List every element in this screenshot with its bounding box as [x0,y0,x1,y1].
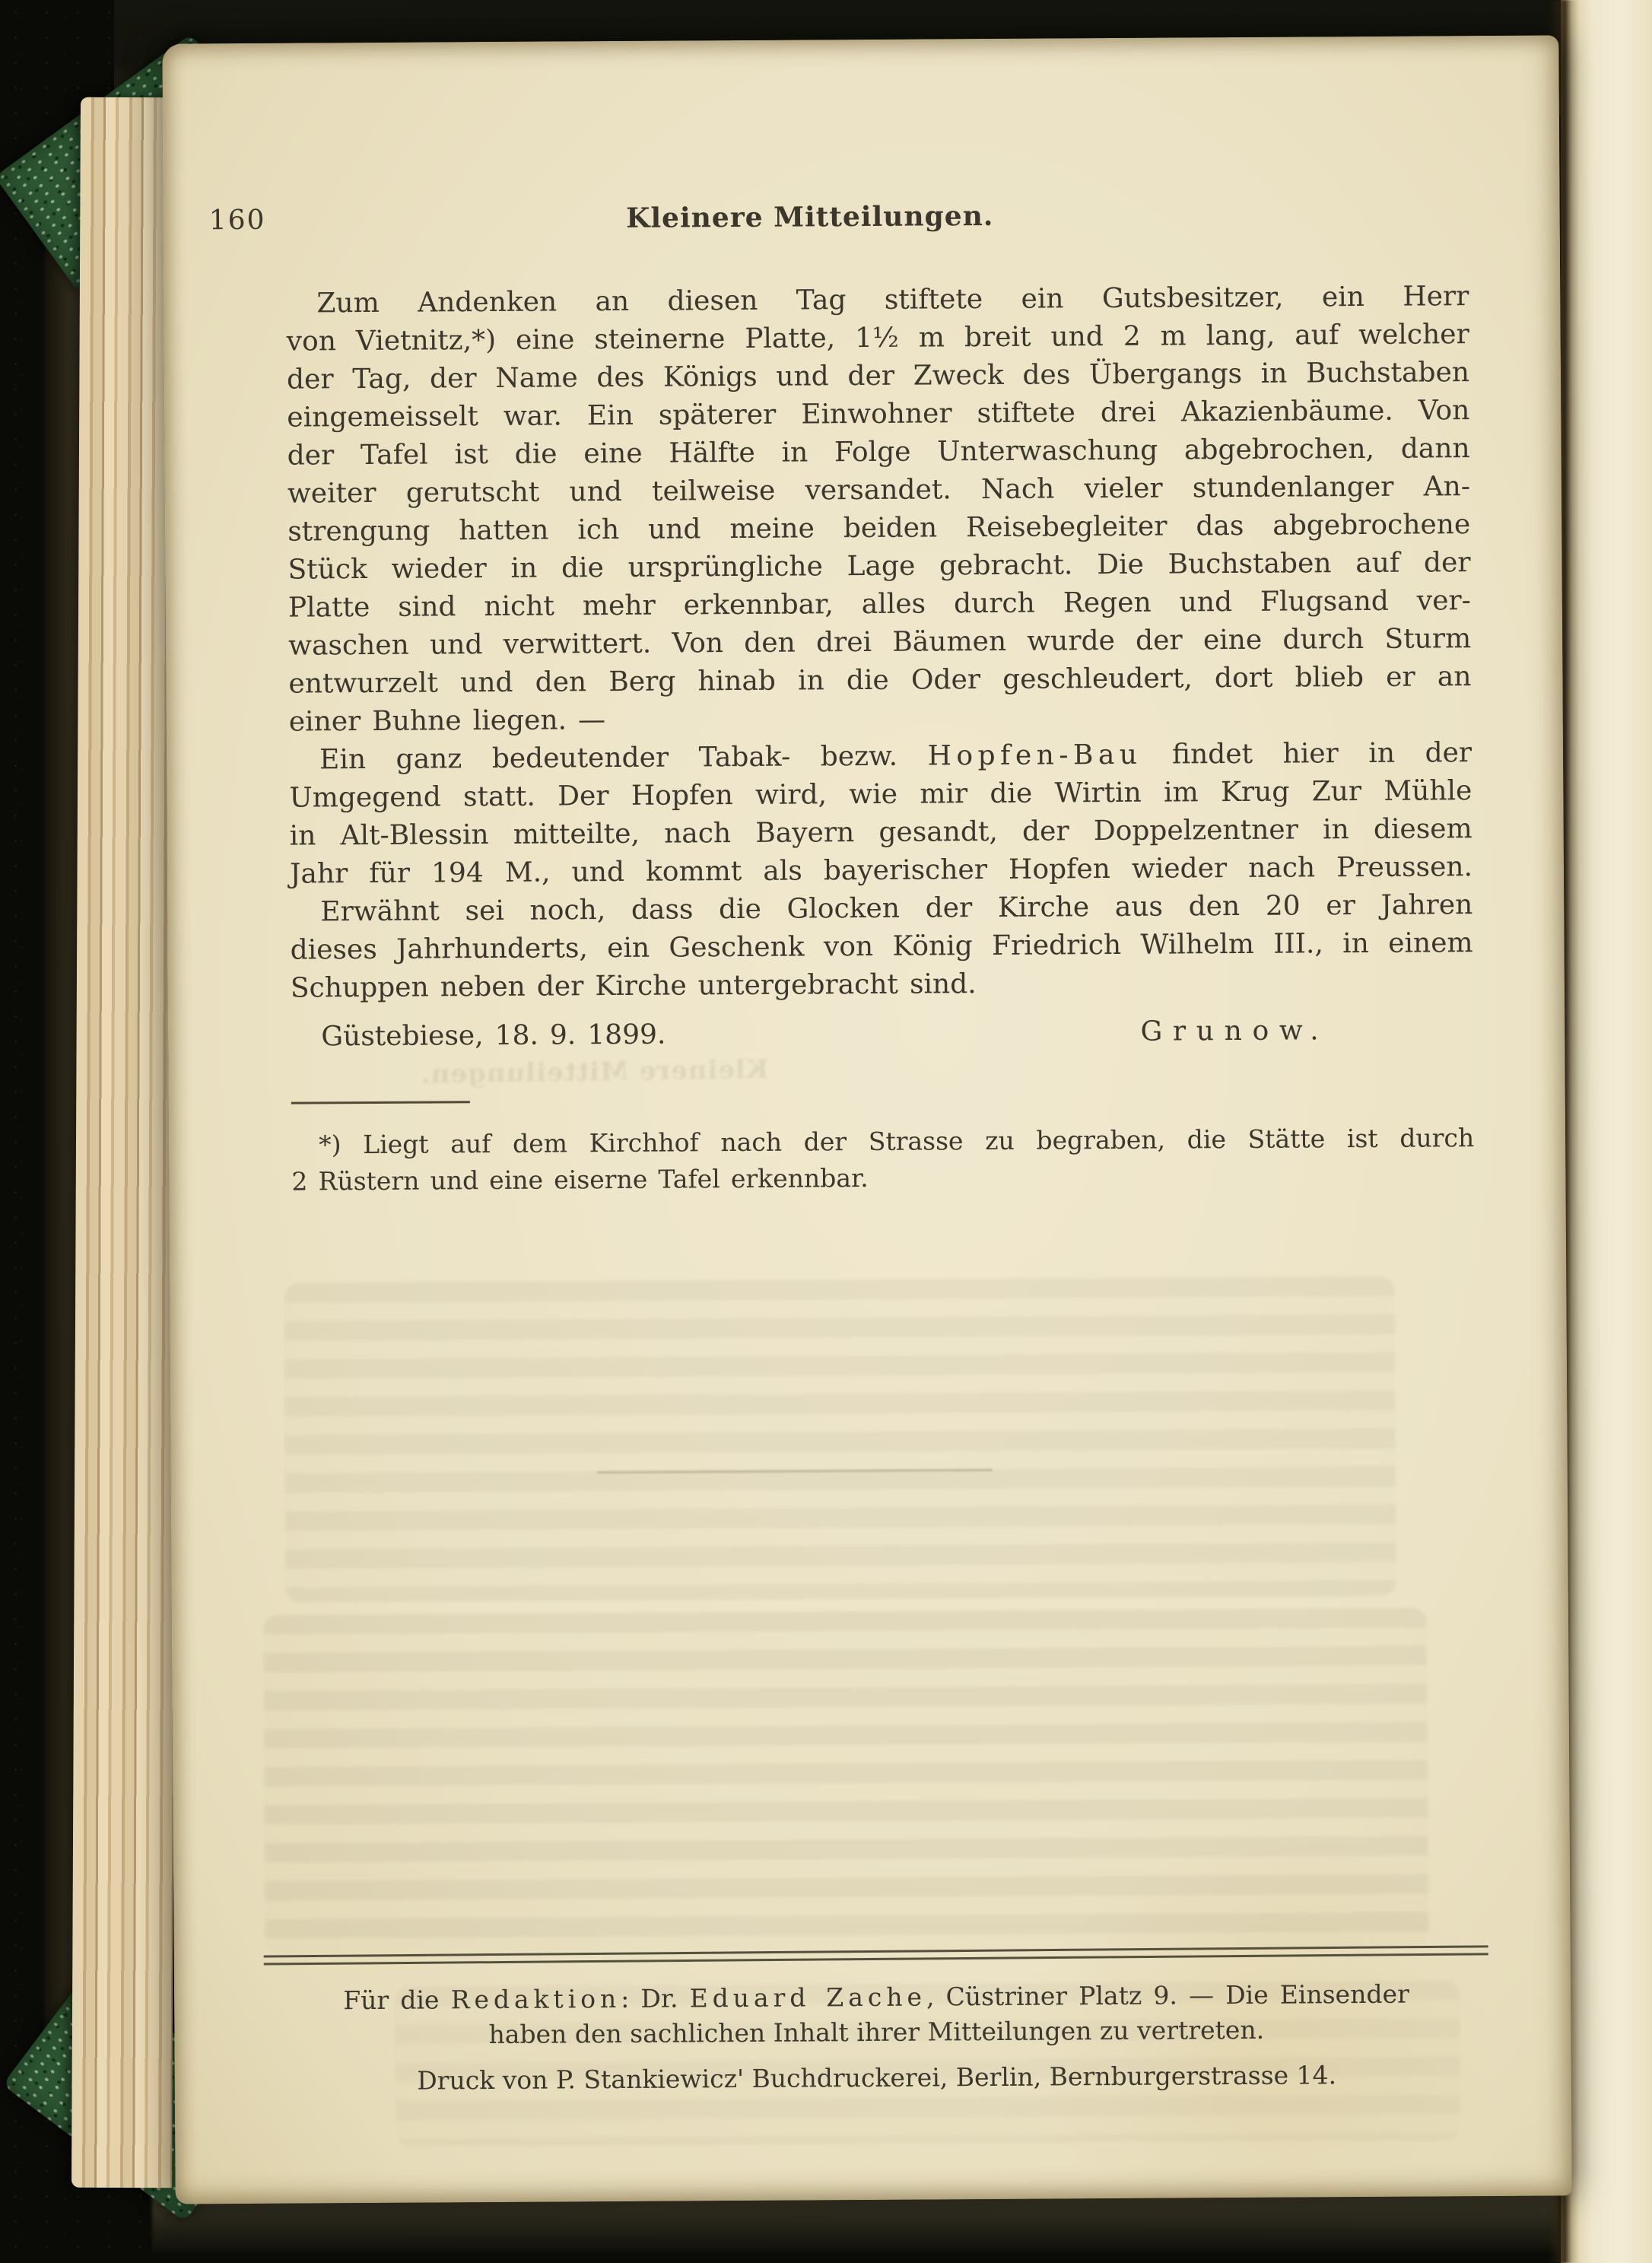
text-line: dieses Jahrhunderts, ein Geschenk von Kö… [290,924,1473,969]
dateline-signature: Grunow. [1140,1012,1329,1051]
dateline-place-date: Güstebiese, 18. 9. 1899. [291,1016,666,1057]
text-segment: Stück wieder in die ursprüngliche Lage g… [288,547,1470,585]
text-segment: Erwähnt sei noch, dass die Glocken der K… [320,889,1473,927]
text-segment: , Cüstriner Platz 9. — Die Einsender [926,1979,1409,2012]
imprint-editor-line: Für die Redaktion: Dr. Eduard Zache, Cüs… [264,1976,1488,2019]
footnote: *) Liegt auf dem Kirchhof nach der Stras… [291,1120,1475,1200]
text-segment: weiter gerutscht und teilweise versandet… [288,471,1470,509]
bleedthrough-rule [597,1469,993,1473]
text-segment: waschen und verwittert. Von den drei Bäu… [288,623,1471,661]
text-segment: strengung hatten ich und meine beiden Re… [288,509,1470,547]
text-line: *) Liegt auf dem Kirchhof nach der Stras… [291,1120,1474,1163]
text-segment: Redaktion [451,1984,621,2014]
imprint: Für die Redaktion: Dr. Eduard Zache, Cüs… [264,1947,1489,2099]
text-segment: entwurzelt und den Berg hinab in die Ode… [288,661,1471,699]
text-segment: eingemeisselt war. Ein späterer Einwohne… [287,395,1469,433]
text-segment: Jahr für 194 M., und kommt als bayerisch… [290,851,1473,889]
text-segment: Zum Andenken an diesen Tag stiftete ein … [316,281,1469,319]
text-segment: der Tag, der Name des Königs und der Zwe… [287,357,1469,395]
imprint-double-rule [264,1945,1488,1965]
text-line: 2 Rüstern und eine eiserne Tafel erkennb… [291,1156,1474,1200]
text-segment: *) Liegt auf dem Kirchhof nach der Stras… [319,1123,1474,1159]
text-line: Schuppen neben der Kirche untergebracht … [291,962,1473,1007]
dateline: Güstebiese, 18. 9. 1899. Grunow. [291,1011,1473,1056]
footnote-separator-rule [291,1101,470,1104]
imprint-responsibility-line: haben den sachlichen Inhalt ihrer Mittei… [264,2011,1488,2054]
text-segment: Ein ganz bedeutender Tabak- bezw. [319,741,928,776]
book-scan: Kleinere Mitteilungen. 160 Kleinere Mitt… [0,0,1652,2263]
page-number: 160 [209,205,266,236]
text-segment: in Alt-Blessin mitteilte, nach Bayern ge… [290,813,1473,851]
text-segment: Eduard Zache [690,1982,927,2013]
text-segment: Schuppen neben der Kirche untergebracht … [291,968,977,1004]
running-head: Kleinere Mitteilungen. [574,200,1046,235]
text-line: entwurzelt und den Berg hinab in die Ode… [288,658,1471,703]
text-segment: Für die [343,1985,451,2015]
text-segment: : Dr. [621,1983,690,2013]
text-segment: 2 Rüstern und eine eiserne Tafel erkennb… [291,1163,868,1197]
text-segment: dieses Jahrhunderts, ein Geschenk von Kö… [290,927,1473,965]
scanned-page: Kleinere Mitteilungen. 160 Kleinere Mitt… [162,35,1571,2204]
body-text: Zum Andenken an diesen Tag stiftete ein … [286,278,1474,1200]
text-segment: findet hier in der [1142,737,1472,771]
imprint-printer-line: Druck von P. Stankiewicz' Buchdruckerei,… [265,2057,1489,2099]
text-segment: Platte sind nicht mehr erkennbar, alles … [288,585,1471,623]
body-paragraph-lines: Zum Andenken an diesen Tag stiftete ein … [286,278,1473,1007]
bleedthrough-text-mass [284,1276,1396,1603]
text-segment: Hopfen-Bau [927,739,1142,772]
text-segment: von Vietnitz,*) eine steinerne Platte, 1… [287,319,1469,357]
text-segment: einer Buhne liegen. — [289,704,606,738]
bleedthrough-text-mass [263,1608,1429,1954]
text-segment: der Tafel ist die eine Hälfte in Folge U… [288,433,1470,471]
text-segment: Umgegend statt. Der Hopfen wird, wie mir… [289,775,1472,813]
